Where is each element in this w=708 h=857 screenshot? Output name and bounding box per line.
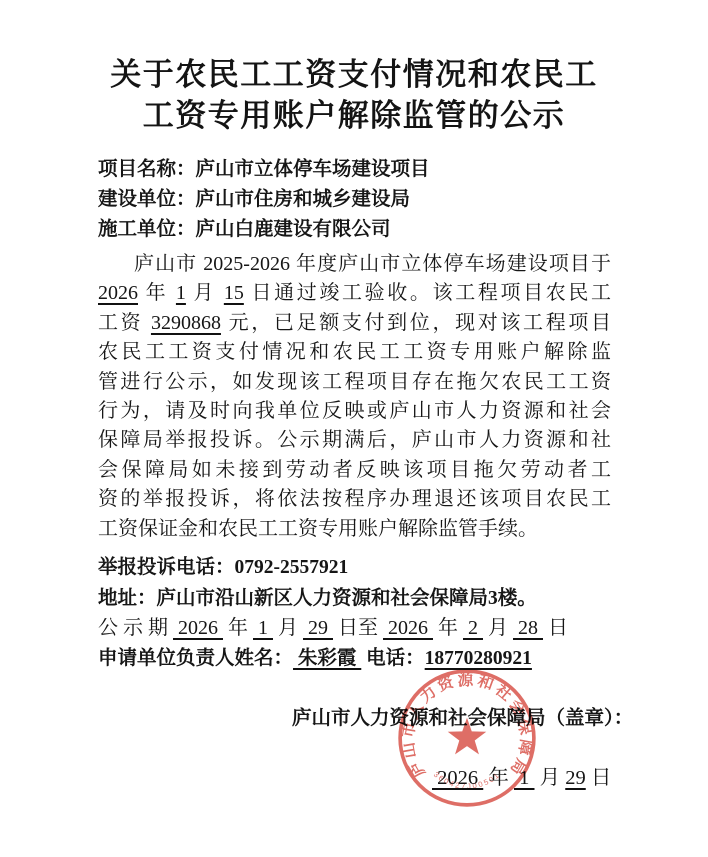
body-line: 工资 3290868 元，已足额支付到位，现对该工程项目 xyxy=(98,309,611,338)
body-line: 工资保证金和农民工工资专用账户解除监管手续。 xyxy=(98,515,611,544)
filled-blank: 28 xyxy=(513,617,543,639)
official-seal-stamp: 庐山市人力资源和社会保障局 360427J00501 xyxy=(391,662,543,814)
filled-blank: 1 xyxy=(176,282,186,304)
filled-blank: 3290868 xyxy=(151,312,221,334)
filled-blank: 朱彩霞 xyxy=(293,648,361,669)
text-segment: 月 xyxy=(483,617,513,639)
filled-blank: 2 xyxy=(463,617,483,639)
text-segment: 日 xyxy=(586,767,612,789)
body-paragraph: 庐山市 2025-2026 年度庐山市立体停车场建设项目于2026 年 1 月 … xyxy=(98,250,611,544)
hotline-label: 举报投诉电话： xyxy=(98,557,235,578)
publicity-period: 公 示 期 2026 年 1 月 29 日至 2026 年 2 月 28 日 xyxy=(98,611,568,640)
title-line-2: 工资专用账户解除监管的公示 xyxy=(0,95,708,136)
filled-blank: 2026 xyxy=(432,767,483,789)
body-line: 庐山市 2025-2026 年度庐山市立体停车场建设项目于 xyxy=(98,250,611,279)
title-line-1: 关于农民工工资支付情况和农民工 xyxy=(0,54,708,95)
body-line: 管进行公示，如发现该工程项目存在拖欠农民工工资 xyxy=(98,368,611,397)
contractor-unit-value: 庐山白鹿建设有限公司 xyxy=(196,219,391,240)
text-segment: 会保障局如未接到劳动者反映该项目拖欠劳动者工 xyxy=(98,459,611,481)
text-segment: 管进行公示，如发现该工程项目存在拖欠农民工工资 xyxy=(98,371,611,393)
filled-blank: 29 xyxy=(565,767,586,789)
notice-document: 关于农民工工资支付情况和农民工 工资专用账户解除监管的公示 项目名称：庐山市立体… xyxy=(0,0,708,857)
text-segment: 年 xyxy=(138,282,176,304)
applicant-contact: 申请单位负责人姓名： 朱彩霞 电话：18770280921 xyxy=(98,642,532,670)
project-name-value: 庐山市立体停车场建设项目 xyxy=(196,159,430,180)
text-segment: 月 xyxy=(186,282,224,304)
text-segment: 庐山市 2025-2026 年度庐山市立体停车场建设项目于 xyxy=(134,253,611,275)
filled-blank: 29 xyxy=(303,617,333,639)
filled-blank: 2026 xyxy=(98,282,138,304)
document-title: 关于农民工工资支付情况和农民工 工资专用账户解除监管的公示 xyxy=(0,54,708,136)
filled-blank: 1 xyxy=(253,617,273,639)
body-line: 农民工工资支付情况和农民工工资专用账户解除监 xyxy=(98,338,611,367)
text-segment: 年 xyxy=(433,617,463,639)
filled-blank: 15 xyxy=(224,282,244,304)
info-line-contractor: 施工单位：庐山白鹿建设有限公司 xyxy=(98,215,613,245)
filled-blank: 18770280921 xyxy=(425,648,532,669)
text-segment: 月 xyxy=(273,617,303,639)
text-segment: 资的举报投诉，将依法按程序办理退还该项目农民工 xyxy=(98,488,611,510)
text-segment: 保障局举报投诉。公示期满后，庐山市人力资源和社 xyxy=(98,429,611,451)
contractor-unit-label: 施工单位： xyxy=(98,219,196,240)
text-segment: 日至 xyxy=(333,617,383,639)
hotline-number: 0792-2557921 xyxy=(235,557,349,578)
office-address: 地址：庐山市沿山新区人力资源和社会保障局3楼。 xyxy=(98,582,537,610)
body-line: 资的举报投诉，将依法按程序办理退还该项目农民工 xyxy=(98,485,611,514)
issuing-authority-signature: 庐山市人力资源和社会保障局（盖章）： xyxy=(292,702,633,730)
filled-blank: 2026 xyxy=(173,617,223,639)
text-segment: 年 xyxy=(483,767,514,789)
text-segment: 申请单位负责人姓名： xyxy=(98,648,293,669)
project-name-label: 项目名称： xyxy=(98,159,196,180)
text-segment: 日 xyxy=(543,617,568,639)
text-segment: 公 示 期 xyxy=(98,617,173,639)
body-line: 会保障局如未接到劳动者反映该项目拖欠劳动者工 xyxy=(98,456,611,485)
text-segment: 年 xyxy=(223,617,253,639)
text-segment: 电话： xyxy=(361,648,424,669)
project-info: 项目名称：庐山市立体停车场建设项目 建设单位：庐山市住房和城乡建设局 施工单位：… xyxy=(98,155,613,245)
body-line: 保障局举报投诉。公示期满后，庐山市人力资源和社 xyxy=(98,426,611,455)
issue-date: 2026 年 1 月 29 日 xyxy=(432,760,611,790)
info-line-owner: 建设单位：庐山市住房和城乡建设局 xyxy=(98,185,613,215)
text-segment: 月 xyxy=(535,767,566,789)
text-segment: 工资 xyxy=(98,312,151,334)
text-segment: 农民工工资支付情况和农民工工资专用账户解除监 xyxy=(98,341,611,363)
address-label: 地址： xyxy=(98,588,157,609)
filled-blank: 1 xyxy=(514,767,535,789)
text-segment: 元，已足额支付到位，现对该工程项目 xyxy=(221,312,611,334)
complaint-hotline: 举报投诉电话：0792-2557921 xyxy=(98,551,348,579)
text-segment: 日通过竣工验收。该工程项目农民工 xyxy=(244,282,611,304)
body-line: 2026 年 1 月 15 日通过竣工验收。该工程项目农民工 xyxy=(98,279,611,308)
owner-unit-value: 庐山市住房和城乡建设局 xyxy=(196,189,411,210)
text-segment: 工资保证金和农民工工资专用账户解除监管手续。 xyxy=(98,518,538,540)
info-line-project: 项目名称：庐山市立体停车场建设项目 xyxy=(98,155,613,185)
body-line: 行为，请及时向我单位反映或庐山市人力资源和社会 xyxy=(98,397,611,426)
address-value: 庐山市沿山新区人力资源和社会保障局3楼。 xyxy=(157,588,537,609)
text-segment: 行为，请及时向我单位反映或庐山市人力资源和社会 xyxy=(98,400,611,422)
filled-blank: 2026 xyxy=(383,617,433,639)
owner-unit-label: 建设单位： xyxy=(98,189,196,210)
